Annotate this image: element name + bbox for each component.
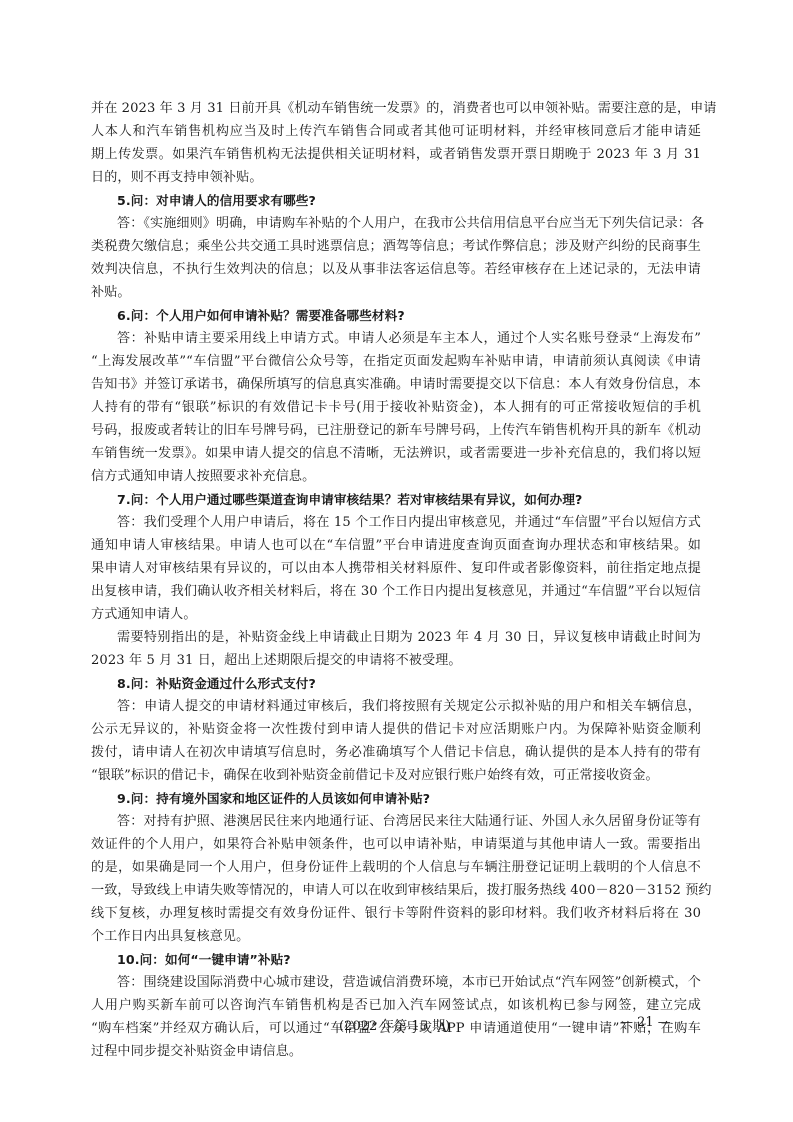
paragraph-line: 答：对持有护照、港澳居民往来内地通行证、台湾居民来往大陆通行证、外国人永久居留身… <box>91 810 701 833</box>
paragraph-line: 人用户购买新车前可以咨询汽车销售机构是否已加入汽车网签试点，如该机构已参与网签，… <box>91 994 701 1017</box>
question-heading: 10.问：如何“一键申请”补贴? <box>91 948 701 971</box>
paragraph-line: 答：申请人提交的申请材料通过审核后，我们将按照有关规定公示拟补贴的用户和相关车辆… <box>91 695 701 718</box>
paragraph-line: 人本人和汽车销售机构应当及时上传汽车销售合同或者其他可证明材料，并经审核同意后才… <box>91 120 701 143</box>
paragraph-line: 方式通知申请人。 <box>91 603 701 626</box>
paragraph-line: 信方式通知申请人按照要求补充信息。 <box>91 465 701 488</box>
paragraph-line: 号码，报废或者转让的旧车号牌号码，已注册登记的新车号牌号码，上传汽车销售机构开具… <box>91 419 701 442</box>
paragraph-line: 效证件的个人用户，如果符合补贴申领条件，也可以申请补贴，申请渠道与其他申请人一致… <box>91 833 701 856</box>
paragraph-line: 通知申请人审核结果。申请人也可以在“车信盟”平台申请进度查询页面查询办理状态和审… <box>91 534 701 557</box>
page-number: — 21 — <box>620 1015 671 1030</box>
paragraph-line: 日的，则不再支持申领补贴。 <box>91 166 701 189</box>
paragraph-line: 并在 2023 年 3 月 31 日前开具《机动车销售统一发票》的，消费者也可以… <box>91 97 701 120</box>
paragraph-line: “银联”标识的借记卡，确保在收到补贴资金前借记卡及对应银行账户始终有效，可正常接… <box>91 764 701 787</box>
paragraph-line: 过程中同步提交补贴资金申请信息。 <box>91 1040 701 1063</box>
paragraph-line: 答：补贴申请主要采用线上申请方式。申请人必须是车主本人，通过个人实名账号登录“上… <box>91 327 701 350</box>
page-footer: (2022 年第 15 期) — 21 — <box>0 1015 793 1037</box>
paragraph-line: 一致，导致线上申请失败等情况的，申请人可以在收到审核结果后，拨打服务热线 400… <box>91 879 701 902</box>
document-body: 并在 2023 年 3 月 31 日前开具《机动车销售统一发票》的，消费者也可以… <box>91 97 701 1063</box>
paragraph-line: 需要特别指出的是，补贴资金线上申请截止日期为 2023 年 4 月 30 日，异… <box>91 626 701 649</box>
paragraph-line: 线下复核，办理复核时需提交有效身份证件、银行卡等附件资料的影印材料。我们收齐材料… <box>91 902 701 925</box>
paragraph-line: 期上传发票。如果汽车销售机构无法提供相关证明材料，或者销售发票开票日期晚于 20… <box>91 143 701 166</box>
paragraph-line: 补贴。 <box>91 281 701 304</box>
paragraph-line: 答：我们受理个人用户申请后，将在 15 个工作日内提出审核意见，并通过“车信盟”… <box>91 511 701 534</box>
paragraph-line: 车销售统一发票》。如果申请人提交的信息不清晰，无法辨识，或者需要进一步补充信息的… <box>91 442 701 465</box>
paragraph-line: 2023 年 5 月 31 日，超出上述期限后提交的申请将不被受理。 <box>91 649 701 672</box>
question-heading: 9.问：持有境外国家和地区证件的人员该如何申请补贴? <box>91 787 701 810</box>
question-heading: 8.问：补贴资金通过什么形式支付? <box>91 672 701 695</box>
question-heading: 6.问：个人用户如何申请补贴？需要准备哪些材料? <box>91 304 701 327</box>
question-heading: 7.问：个人用户通过哪些渠道查询申请审核结果？若对审核结果有异议，如何办理? <box>91 488 701 511</box>
paragraph-line: 出复核申请，我们确认收齐相关材料后，将在 30 个工作日内提出复核意见，并通过“… <box>91 580 701 603</box>
paragraph-line: 答：《实施细则》明确，申请购车补贴的个人用户，在我市公共信用信息平台应当无下列失… <box>91 212 701 235</box>
paragraph-line: 效判决信息，不执行生效判决的信息；以及从事非法客运信息等。若经审核存在上述记录的… <box>91 258 701 281</box>
paragraph-line: 果申请人对审核结果有异议的，可以由本人携带相关材料原件、复印件或者影像资料，前往… <box>91 557 701 580</box>
paragraph-line: 拨付，请申请人在初次申请填写信息时，务必准确填写个人借记卡信息，确认提供的是本人… <box>91 741 701 764</box>
paragraph-line: 个工作日内出具复核意见。 <box>91 925 701 948</box>
paragraph-line: 的是，如果确是同一个人用户，但身份证件上载明的个人信息与车辆注册登记证明上载明的… <box>91 856 701 879</box>
paragraph-line: 答：围绕建设国际消费中心城市建设，营造诚信消费环境，本市已开始试点“汽车网签”创… <box>91 971 701 994</box>
paragraph-line: 类税费欠缴信息；乘坐公共交通工具时逃票信息；酒驾等信息；考试作弊信息；涉及财产纠… <box>91 235 701 258</box>
paragraph-line: 告知书》并签订承诺书，确保所填写的信息真实准确。申请时需要提交以下信息：本人有效… <box>91 373 701 396</box>
issue-label: (2022 年第 15 期) <box>339 1015 450 1034</box>
paragraph-line: 人持有的带有“银联”标识的有效借记卡卡号(用于接收补贴资金)，本人拥有的可正常接… <box>91 396 701 419</box>
paragraph-line: 公示无异议的，补贴资金将一次性拨付到申请人提供的借记卡对应活期账户内。为保障补贴… <box>91 718 701 741</box>
paragraph-line: “上海发展改革”“车信盟”平台微信公众号等，在指定页面发起购车补贴申请，申请前须… <box>91 350 701 373</box>
question-heading: 5.问：对申请人的信用要求有哪些? <box>91 189 701 212</box>
